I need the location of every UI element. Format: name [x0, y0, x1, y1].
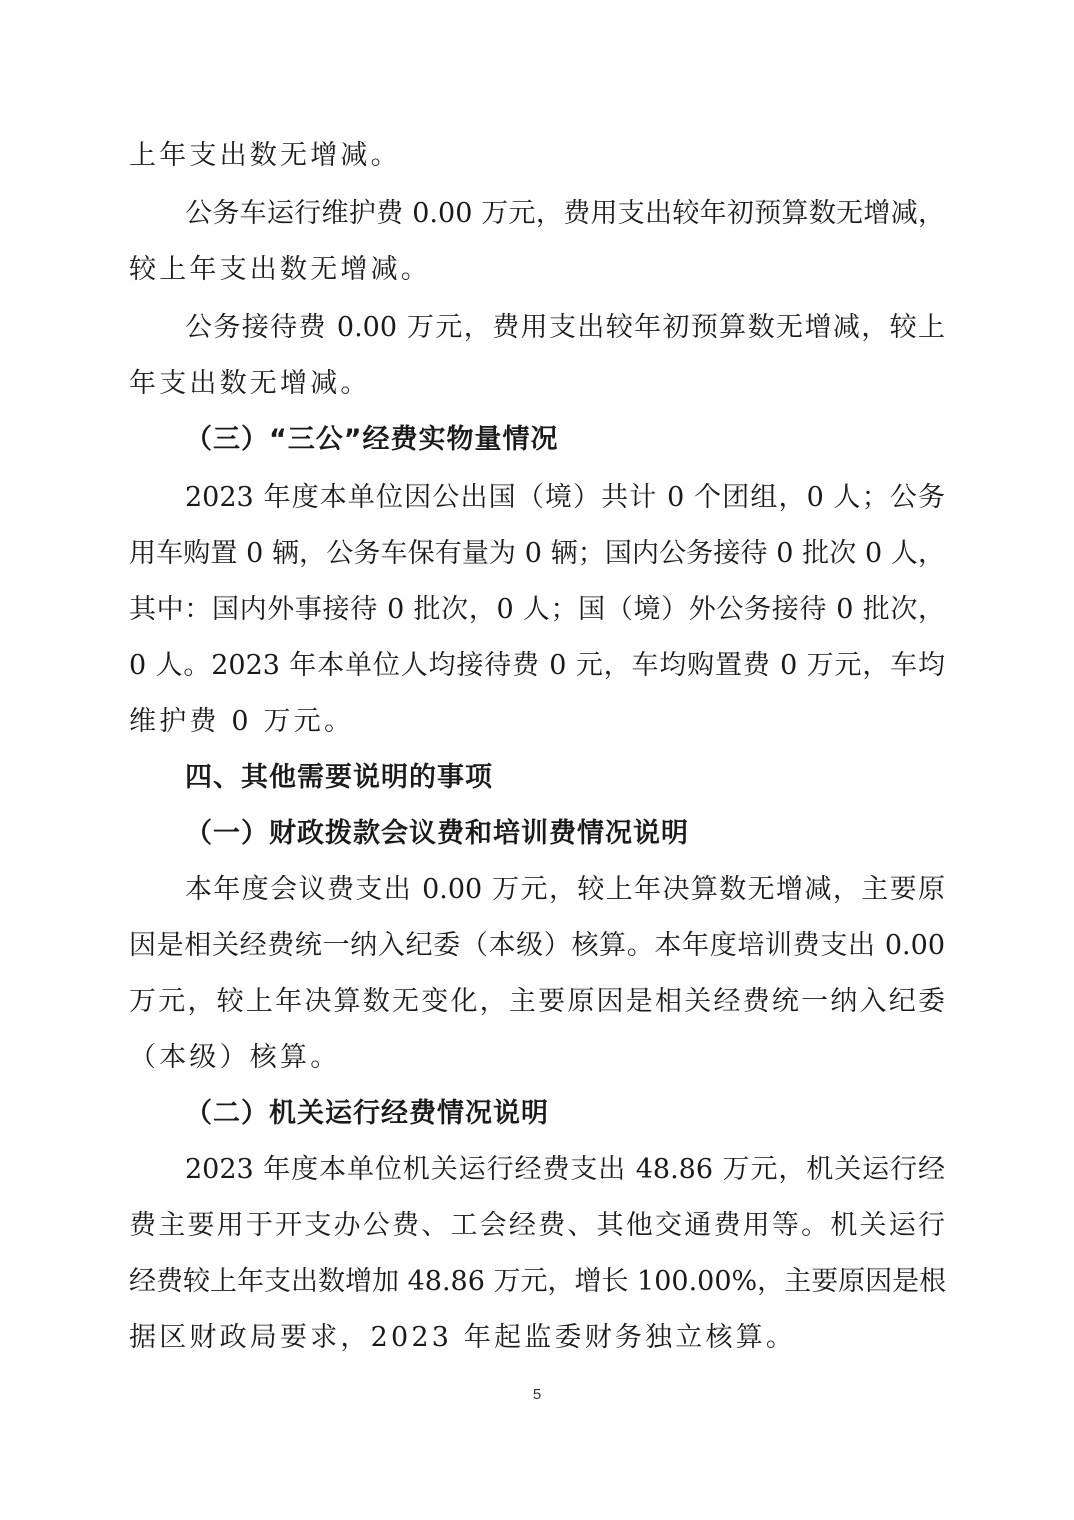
- text-line: 较上年支出数无增减。: [129, 250, 945, 290]
- text-line: 因是相关经费统一纳入纪委（本级）核算。本年度培训费支出 0.00: [129, 926, 945, 966]
- text-line: 费主要用于开支办公费、工会经费、其他交通费用等。机关运行: [129, 1206, 945, 1246]
- section-heading-other-matters: 四、其他需要说明的事项: [185, 758, 1001, 798]
- text-line: 其中：国内外事接待 0 批次，0 人；国（境）外公务接待 0 批次，: [129, 590, 945, 630]
- text-line: 用车购置 0 辆，公务车保有量为 0 辆；国内公务接待 0 批次 0 人，: [129, 534, 945, 574]
- section-heading-meeting-training: （一）财政拨款会议费和培训费情况说明: [185, 814, 1001, 854]
- text-line: 万元，较上年决算数无变化，主要原因是相关经费统一纳入纪委: [129, 982, 945, 1022]
- text-line: （本级）核算。: [129, 1038, 945, 1078]
- text-line: 经费较上年支出数增加 48.86 万元，增长 100.00%，主要原因是根: [129, 1262, 945, 1302]
- text-line: 维护费 0 万元。: [129, 702, 945, 742]
- section-heading-physical-quantity: （三）“三公”经费实物量情况: [185, 420, 1001, 460]
- document-page: 上年支出数无增减。 公务车运行维护费 0.00 万元，费用支出较年初预算数无增减…: [0, 0, 1074, 1520]
- text-line: 公务接待费 0.00 万元，费用支出较年初预算数无增减，较上: [185, 308, 945, 348]
- section-heading-operating-costs: （二）机关运行经费情况说明: [185, 1094, 1001, 1134]
- text-line: 公务车运行维护费 0.00 万元，费用支出较年初预算数无增减，: [185, 194, 945, 234]
- text-line: 据区财政局要求，2023 年起监委财务独立核算。: [129, 1318, 945, 1358]
- text-line: 上年支出数无增减。: [129, 136, 945, 176]
- text-line: 0 人。2023 年本单位人均接待费 0 元，车均购置费 0 万元，车均: [129, 646, 945, 686]
- text-line: 2023 年度本单位机关运行经费支出 48.86 万元，机关运行经: [185, 1150, 945, 1190]
- text-line: 年支出数无增减。: [129, 364, 945, 404]
- text-line: 2023 年度本单位因公出国（境）共计 0 个团组，0 人；公务: [185, 478, 945, 518]
- text-line: 本年度会议费支出 0.00 万元，较上年决算数无增减，主要原: [185, 870, 945, 910]
- page-number: 5: [0, 1386, 1074, 1403]
